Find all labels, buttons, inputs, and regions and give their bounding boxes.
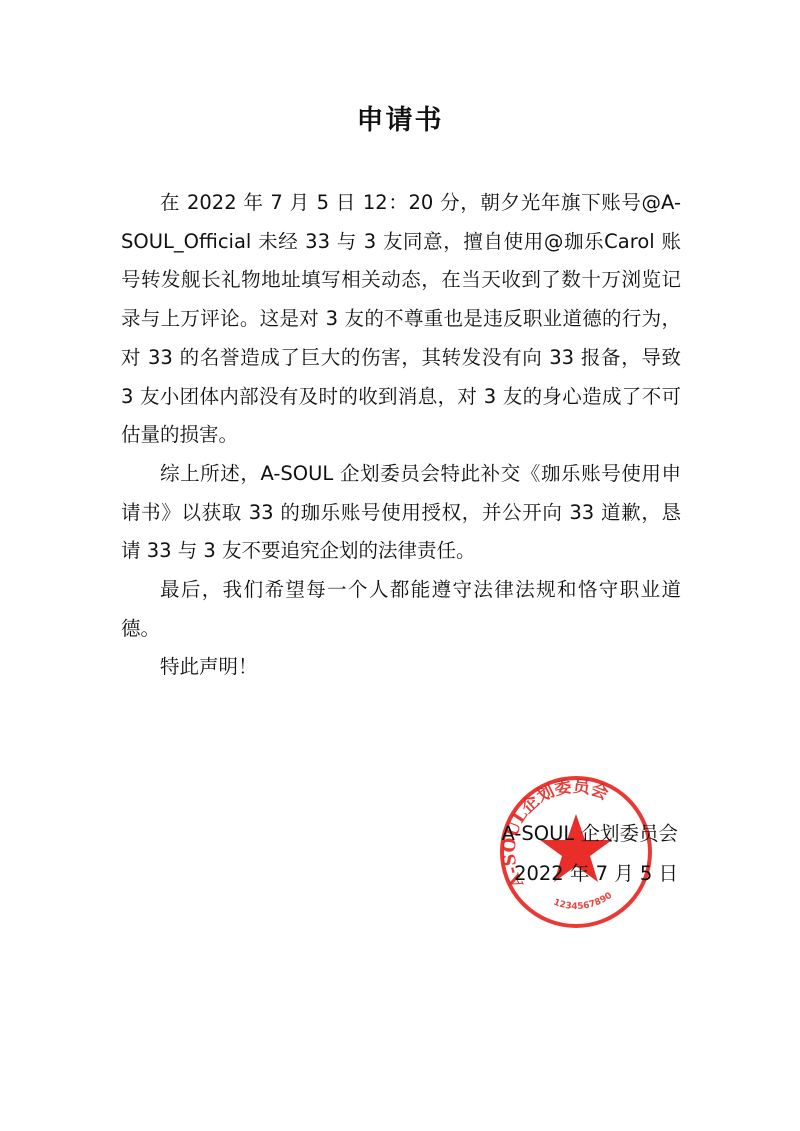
official-seal-icon: A-SOUL企划委员会 1234567890: [496, 772, 656, 932]
document-title: 申请书: [0, 98, 800, 137]
signature-date: 2022 年 7 月 5 日: [514, 858, 678, 886]
seal-serial: 1234567890: [552, 891, 614, 912]
paragraph-closing: 最后，我们希望每一个人都能遵守法律法规和恪守职业道德。: [121, 571, 681, 648]
paragraph-incident: 在 2022 年 7 月 5 日 12：20 分，朝夕光年旗下账号@A-SOUL…: [121, 184, 681, 455]
paragraph-summary: 综上所述，A-SOUL 企划委员会特此补交《珈乐账号使用申请书》以获取 33 的…: [121, 455, 681, 571]
paragraph-declaration: 特此声明！: [121, 648, 681, 687]
document-body: 在 2022 年 7 月 5 日 12：20 分，朝夕光年旗下账号@A-SOUL…: [121, 184, 681, 687]
svg-text:1234567890: 1234567890: [552, 891, 614, 912]
signature-organization: A-SOUL 企划委员会: [501, 818, 678, 846]
